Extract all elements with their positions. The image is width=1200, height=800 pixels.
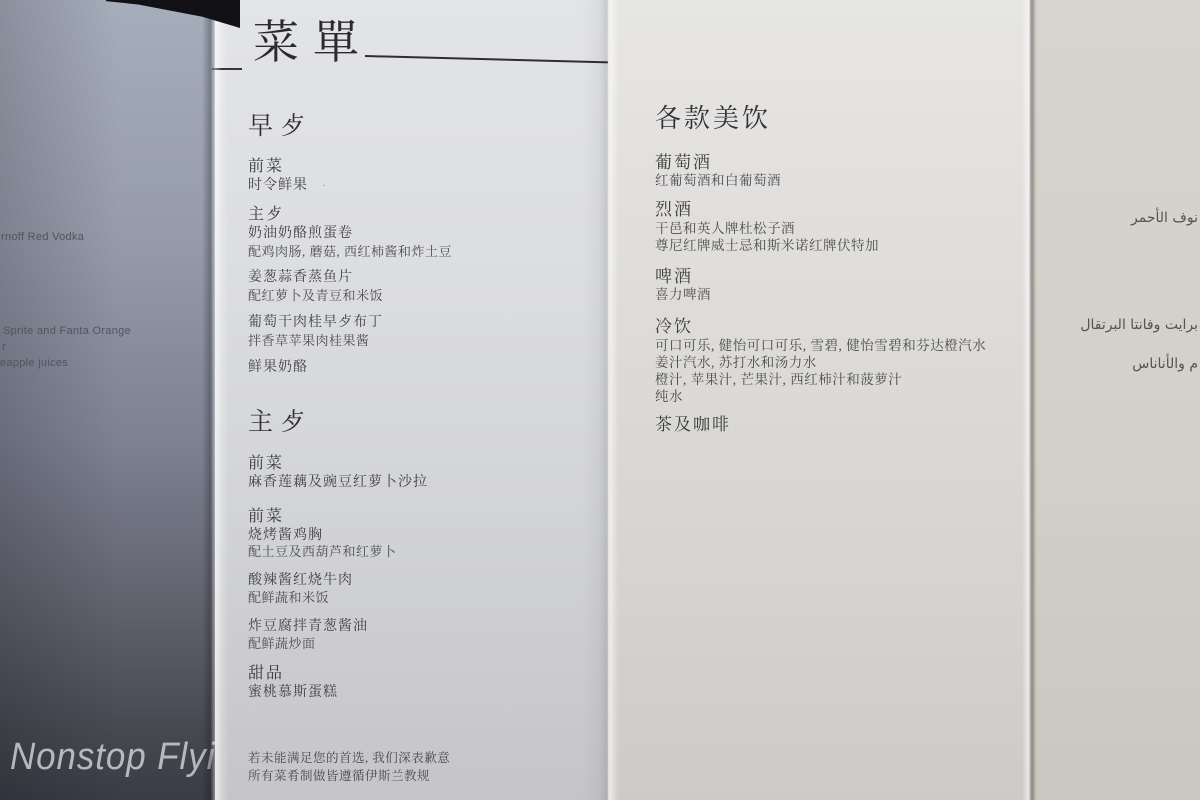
course-label-dessert: 甜品 — [248, 660, 284, 683]
title-rule — [365, 55, 609, 63]
menu-item-name: 鲜果奶酪 — [248, 356, 308, 376]
left-page: rnoff Red Vodka Sprite and Fanta Orange … — [0, 0, 215, 800]
menu-item-desc: 配鸡肉肠, 蘑菇, 西红柿酱和炸土豆 — [248, 241, 452, 260]
menu-item-desc: 配红萝卜及青豆和米饭 — [248, 285, 383, 304]
english-fragment-vodka: rnoff Red Vodka — [1, 231, 84, 243]
section-heading-main: 主歺 — [248, 402, 312, 438]
arabic-fragment-pineapple: م والأناناس — [1132, 356, 1198, 372]
beverages-page: 各款美饮 葡萄酒 红葡萄酒和白葡萄酒 烈酒 干邑和英人牌杜松子酒 尊尼红牌威士忌… — [608, 0, 1030, 800]
menu-item-name: 麻香莲藕及豌豆红萝卜沙拉 — [248, 471, 428, 491]
arabic-page: نوف الأحمر برايت وفانتا البرتقال م والأن… — [1030, 0, 1200, 800]
menu-item-name: 时令鲜果· — [248, 174, 327, 194]
menu-item-name: 酸辣酱红烧牛肉 — [248, 569, 353, 589]
beverage-line: 红葡萄酒和白葡萄酒 — [655, 169, 781, 189]
menu-item-desc: 配土豆及西葫芦和红萝卜 — [248, 541, 397, 560]
menu-item-name: 奶油奶酪煎蛋卷 — [248, 222, 353, 242]
menu-item-name: 葡萄干肉桂早歺布丁 — [248, 311, 383, 331]
menu-item-name: 炸豆腐拌青葱酱油 — [248, 615, 368, 635]
english-fragment-or: r — [2, 341, 6, 353]
menu-item-name: 姜葱蒜香蒸鱼片 — [248, 266, 353, 286]
english-fragment-juices: eapple juices — [0, 357, 68, 369]
menu-photo: rnoff Red Vodka Sprite and Fanta Orange … — [0, 0, 1200, 800]
menu-item-desc: 配鲜蔬炒面 — [248, 633, 316, 652]
beverage-line: 纯水 — [655, 385, 683, 405]
course-label: 前菜 — [248, 503, 284, 526]
menu-item-text: 时令鲜果 — [248, 178, 308, 193]
footer-note-line: 所有菜肴制做皆遵循伊斯兰教规 — [248, 766, 430, 784]
english-fragment-soft-drinks: Sprite and Fanta Orange — [3, 325, 131, 337]
course-label: 前菜 — [248, 450, 284, 473]
menu-item-desc: 拌香草苹果肉桂果酱 — [248, 330, 370, 349]
course-label: 前菜 — [248, 153, 284, 176]
page-title: 菜單 — [253, 20, 373, 66]
menu-item-desc: 配鲜蔬和米饭 — [248, 587, 329, 606]
arabic-fragment-smirnoff-red: نوف الأحمر — [1131, 210, 1198, 226]
footer-note-line: 若未能满足您的首选, 我们深表歉意 — [248, 748, 450, 766]
beverage-line: 喜力啤酒 — [655, 283, 711, 303]
beverage-line: 橙汁, 苹果汁, 芒果汁, 西红柿汁和菠萝汁 — [655, 368, 902, 388]
beverage-group-label-tea-coffee: 茶及咖啡 — [655, 410, 731, 435]
course-label: 主歺 — [248, 201, 284, 224]
section-heading-breakfast: 早歺 — [248, 106, 312, 142]
fold-crease-middle — [599, 0, 617, 800]
section-heading-beverages: 各款美饮 — [655, 98, 771, 135]
beverage-line: 尊尼红牌威士忌和斯米诺红牌伏特加 — [655, 234, 879, 254]
menu-page-chinese: 菜單 早歺 前菜 时令鲜果· 主歺 奶油奶酪煎蛋卷 配鸡肉肠, 蘑菇, 西红柿酱… — [215, 0, 608, 800]
arabic-fragment-sprite-fanta: برايت وفانتا البرتقال — [1080, 317, 1198, 333]
faint-mark: · — [322, 178, 327, 192]
fold-crease-left — [202, 0, 222, 800]
page-edge-right — [1022, 0, 1036, 800]
menu-item-name: 蜜桃慕斯蛋糕 — [248, 681, 338, 701]
